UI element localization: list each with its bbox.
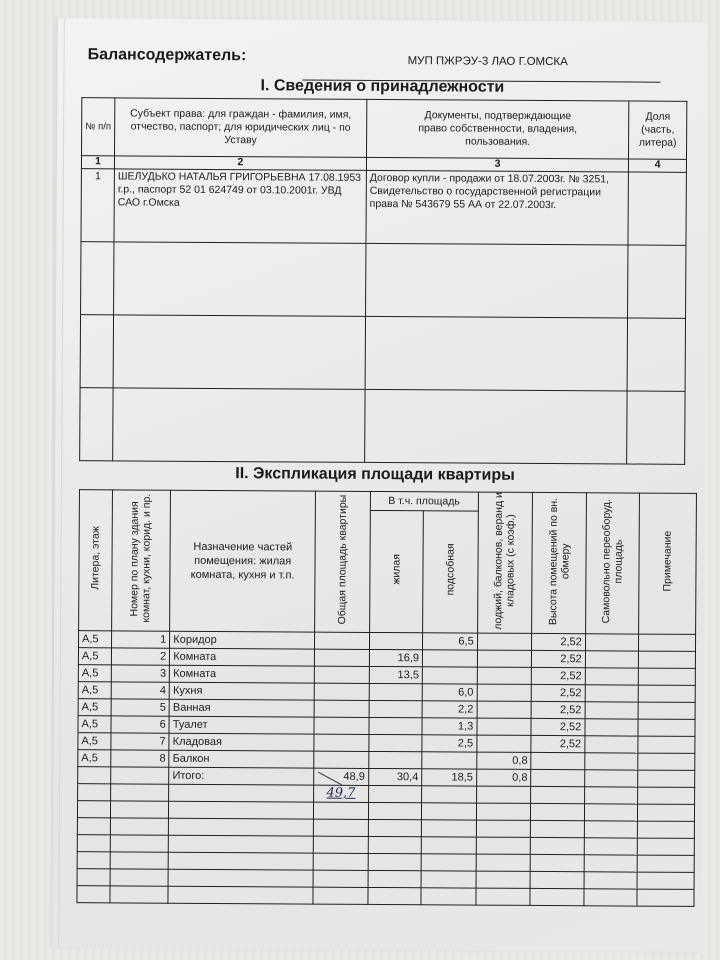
cell-total <box>314 717 369 734</box>
cell-litera: А,5 <box>78 665 111 682</box>
cell-empty <box>585 668 639 685</box>
col-header-self-built: Самовольно переоборуд. площадь <box>600 493 625 631</box>
cell-loggia <box>477 718 532 735</box>
cell-empty <box>638 702 695 719</box>
cell-total <box>314 700 369 717</box>
cell-empty <box>585 634 639 651</box>
cell-living <box>369 632 423 649</box>
explication-header-row: Литера, этаж Номер по плану здания комна… <box>79 490 696 513</box>
col-header-purpose: Назначение частей помещения: жилая комна… <box>170 490 316 632</box>
cell-height: 2,52 <box>532 650 586 667</box>
cell-height: 2,52 <box>531 701 585 718</box>
cell-purpose: Туалет <box>169 716 314 734</box>
owner-share <box>628 172 686 245</box>
balance-holder-label: Балансодержатель: <box>88 46 247 65</box>
cell-purpose: Комната <box>170 665 315 683</box>
col-header-documents: Документы, подтверждающие право собствен… <box>366 99 629 159</box>
handwritten-total-correction: 49,7 <box>326 786 355 801</box>
cell-living <box>369 700 423 717</box>
cell-number: 1 <box>111 631 170 648</box>
cell-purpose: Ванная <box>169 699 314 717</box>
cell-empty <box>585 651 639 668</box>
col-number: 1 <box>81 156 114 169</box>
cell-loggia: 0,8 <box>476 752 531 769</box>
area-explication-table: Литера, этаж Номер по плану здания комна… <box>76 489 697 907</box>
cell-empty <box>585 753 639 770</box>
cell-total <box>315 632 370 649</box>
cell-empty <box>638 719 695 736</box>
cell-auxiliary: 6,5 <box>423 633 478 650</box>
cell-auxiliary: 2,5 <box>422 735 477 752</box>
cell-litera: А,5 <box>78 716 111 733</box>
cell-number: 6 <box>110 716 169 733</box>
cell-number: 2 <box>111 648 170 665</box>
cell-auxiliary: 2,2 <box>422 701 477 718</box>
cell-empty <box>585 719 639 736</box>
cell-height: 2,52 <box>532 633 586 650</box>
cell-purpose: Комната <box>170 648 315 666</box>
cell-number: 7 <box>110 733 169 750</box>
cell-litera: А,5 <box>78 733 111 750</box>
cell-auxiliary <box>423 650 478 667</box>
cell-empty <box>638 753 695 770</box>
cell-empty <box>585 685 639 702</box>
cell-auxiliary: 1,3 <box>422 718 477 735</box>
col-header-num: № п/п <box>82 98 115 156</box>
ownership-row: 1 ШЕЛУДЬКО НАТАЛЬЯ ГРИГОРЬЕВНА 17.08.195… <box>81 169 686 246</box>
col-header-litera: Литера, этаж <box>89 526 101 590</box>
cell-number: 3 <box>111 665 170 682</box>
cell-total <box>314 649 369 666</box>
cell-living <box>369 683 423 700</box>
col-header-height: Высота помещений по вн. обмеру <box>547 492 572 630</box>
cell-living: 16,9 <box>369 649 423 666</box>
cell-living: 13,5 <box>369 666 423 683</box>
balance-holder-value: МУП ПЖРЭУ-3 ЛАО Г.ОМСКА <box>408 55 568 68</box>
cell-living <box>368 734 422 751</box>
cell-empty <box>638 736 695 753</box>
cell-purpose: Кухня <box>169 682 314 700</box>
cell-loggia <box>477 667 532 684</box>
cell-litera: А,5 <box>78 682 111 699</box>
cell-number: 5 <box>111 699 170 716</box>
totals-loggia: 0,8 <box>476 769 531 786</box>
owner-subject: ШЕЛУДЬКО НАТАЛЬЯ ГРИГОРЬЕВНА 17.08.1953 … <box>114 169 366 244</box>
cell-purpose: Кладовая <box>169 733 314 751</box>
ownership-table: № п/п Субъект права: для граждан - фамил… <box>79 97 687 465</box>
cell-loggia <box>477 684 532 701</box>
cell-total <box>314 734 369 751</box>
ownership-header-row: № п/п Субъект права: для граждан - фамил… <box>82 98 687 160</box>
ownership-empty-row <box>81 242 686 319</box>
col-header-incl-group: В т.ч. площадь <box>370 491 478 511</box>
owner-documents: Договор купли - продажи от 18.07.2003г. … <box>366 170 629 245</box>
cell-empty <box>585 736 639 753</box>
col-number: 4 <box>629 159 687 172</box>
ownership-empty-row <box>80 315 685 392</box>
document-page: Балансодержатель: МУП ПЖРЭУ-3 ЛАО Г.ОМСК… <box>52 18 708 952</box>
cell-total <box>314 683 369 700</box>
cell-loggia <box>477 735 532 752</box>
cell-loggia <box>477 650 532 667</box>
cell-height: 2,52 <box>531 718 585 735</box>
cell-height: 2,52 <box>532 667 586 684</box>
cell-living <box>369 717 423 734</box>
cell-litera: А,5 <box>78 699 111 716</box>
cell-number: 8 <box>110 750 169 767</box>
cell-loggia <box>477 701 532 718</box>
page-fold <box>58 18 65 948</box>
cell-auxiliary: 6,0 <box>422 684 477 701</box>
cell-height <box>531 752 585 769</box>
cell-auxiliary <box>422 667 477 684</box>
totals-auxiliary: 18,5 <box>422 769 477 786</box>
col-header-auxiliary: подсобная <box>444 543 456 595</box>
cell-empty <box>639 668 696 685</box>
cell-empty <box>639 634 696 651</box>
section-2-title: II. Экспликация площади квартиры <box>50 464 700 486</box>
ownership-empty-row <box>80 388 685 465</box>
cell-height: 2,52 <box>531 684 585 701</box>
section-1-title: I. Сведения о принадлежности <box>57 76 707 98</box>
cell-height: 2,52 <box>531 735 585 752</box>
col-header-total: Общая площадь квартиры <box>336 494 349 624</box>
cell-empty <box>585 702 639 719</box>
totals-total-struck: 48,9 <box>314 768 369 785</box>
totals-living: 30,4 <box>368 768 422 785</box>
col-header-share: Доля (часть, литера) <box>629 101 687 159</box>
cell-purpose: Балкон <box>169 750 314 768</box>
cell-total <box>314 751 369 768</box>
col-header-number: Номер по плану здания комнат, кухни, кор… <box>129 490 154 628</box>
cell-living <box>368 751 422 768</box>
explication-empty-row <box>77 886 694 907</box>
cell-loggia <box>477 633 532 650</box>
cell-total <box>314 666 369 683</box>
owner-num: 1 <box>81 169 114 242</box>
cell-litera: А,5 <box>79 631 112 648</box>
cell-litera: А,5 <box>78 648 111 665</box>
cell-number: 4 <box>111 682 170 699</box>
col-header-note: Примечание <box>661 531 673 592</box>
col-header-living: жилая <box>390 554 402 585</box>
totals-label: Итого: <box>169 767 314 785</box>
col-header-subject: Субъект права: для граждан - фамилия, им… <box>115 98 367 158</box>
col-header-loggia: лоджий, балконов, веранд и кладовых (с к… <box>493 492 518 630</box>
cell-purpose: Коридор <box>170 631 315 649</box>
cell-empty <box>638 685 695 702</box>
cell-empty <box>639 651 696 668</box>
cell-litera: А,5 <box>78 750 111 767</box>
cell-auxiliary <box>422 752 477 769</box>
